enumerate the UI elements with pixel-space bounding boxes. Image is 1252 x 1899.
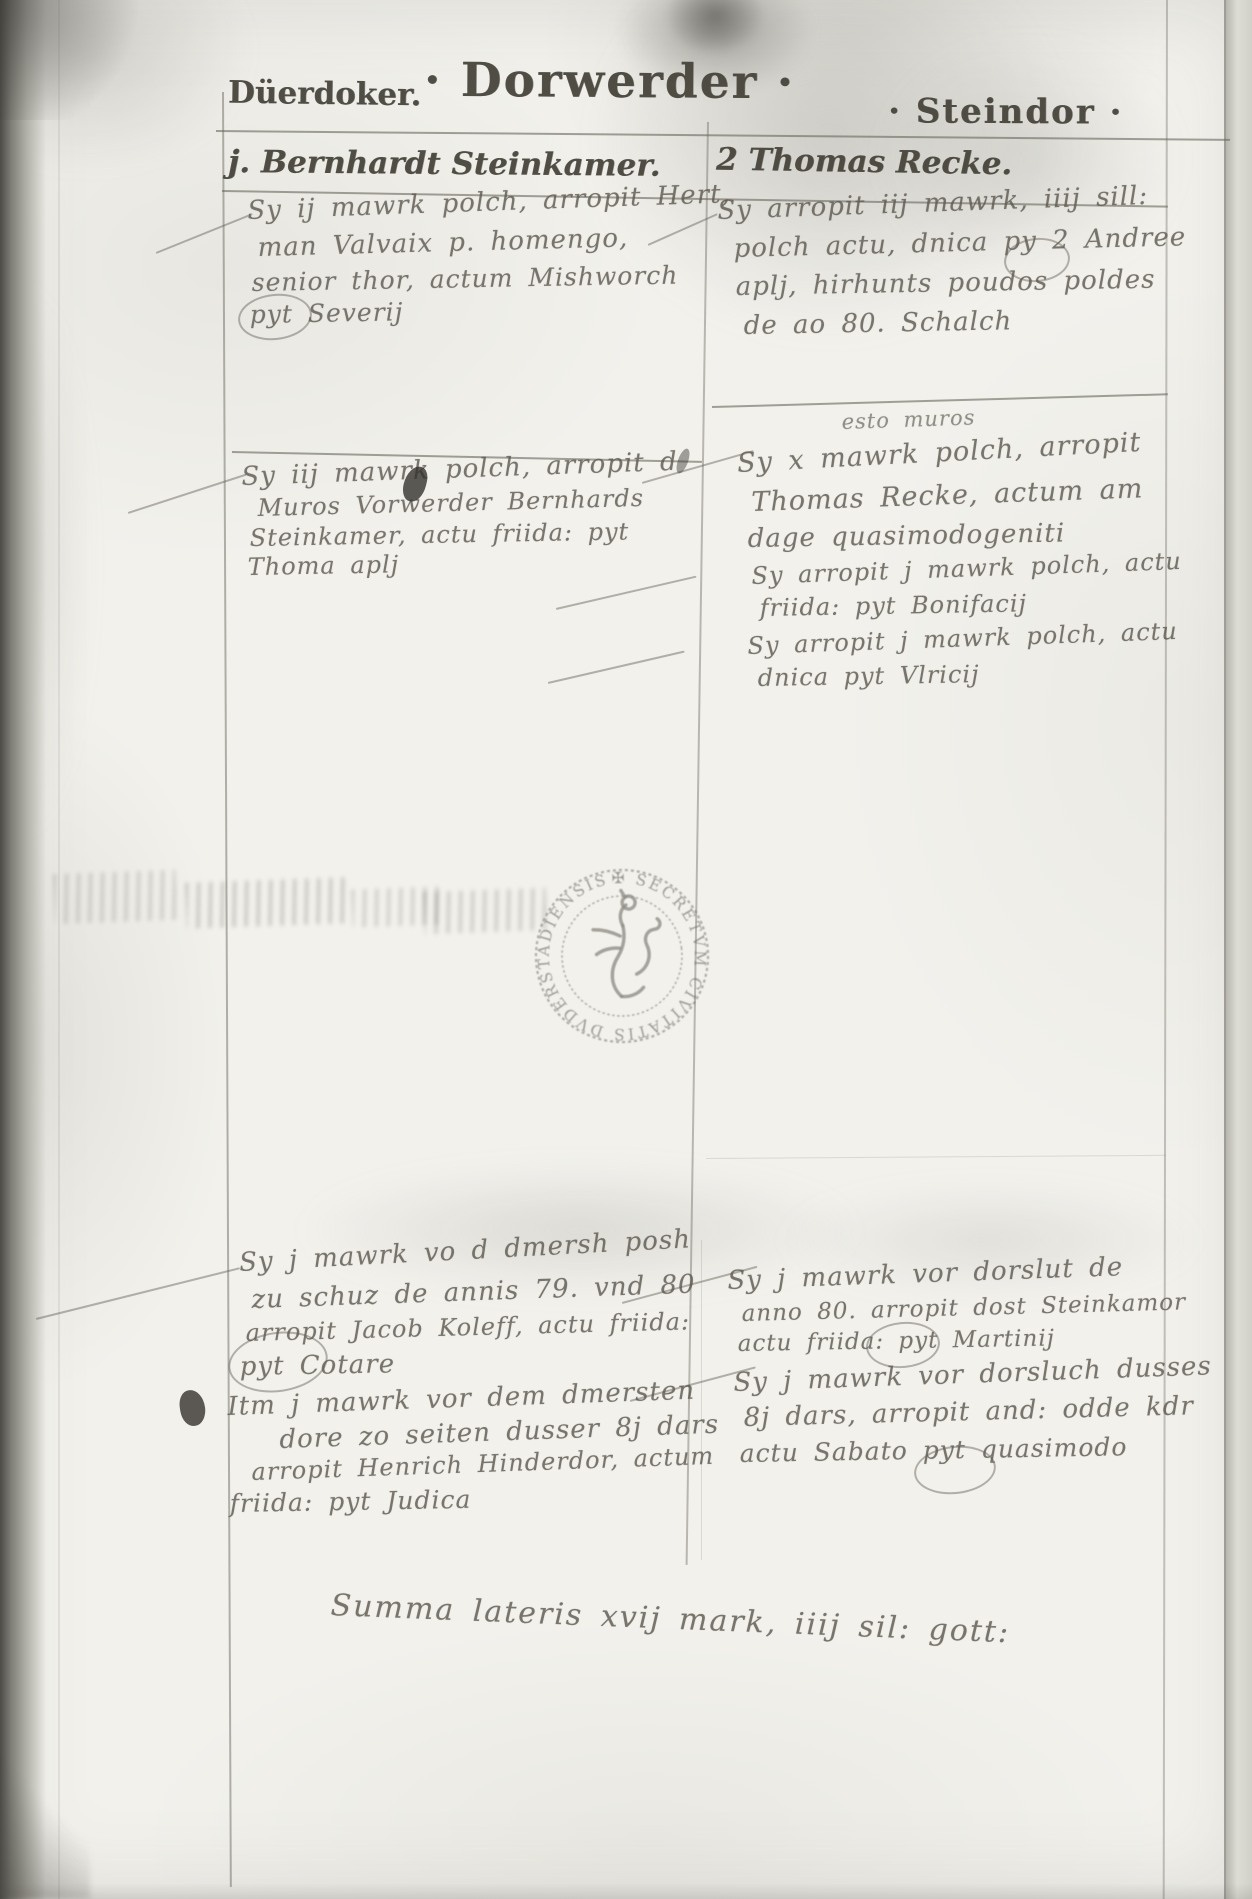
section-title-right: 2 Thomas Recke. (716, 142, 1013, 183)
manuscript-page: Düerdoker. · Dorwerder · · Steindor · j.… (0, 0, 1252, 1899)
seal-ring-text: ✠ SECRETVM CIVITATIS DVDERSTADIENSIS (523, 857, 720, 1054)
seal-outer-ring (525, 859, 719, 1053)
paper-crease (58, 0, 60, 1899)
book-gutter-edge (0, 0, 46, 1899)
column-divider-line-double (701, 1240, 702, 1560)
corner-fold-shadow (0, 1750, 90, 1899)
page-edge-bottom (0, 1883, 1252, 1899)
entry-line: dage quasimodogeniti (747, 518, 1065, 554)
page-edge-right (1224, 0, 1252, 1899)
ghost-bleedthrough (53, 870, 177, 924)
entry-line: de ao 80. Schalch (743, 306, 1012, 341)
seal-lion-rampant-icon (588, 886, 669, 1000)
header-right: · Steindor · (888, 91, 1123, 132)
entry-note: esto muros (841, 405, 976, 434)
svg-text:✠ SECRETVM CIVITATIS DVDERSTAD: ✠ SECRETVM CIVITATIS DVDERSTADIENSIS (523, 857, 720, 1054)
entry-line: friida: pyt Bonifacij (760, 589, 1028, 622)
entry-line: dnica pyt Vlricij (758, 660, 980, 692)
ghost-bleedthrough (185, 877, 349, 929)
header-left: Düerdoker. (228, 75, 422, 114)
city-seal: ✠ SECRETVM CIVITATIS DVDERSTADIENSIS (518, 852, 726, 1060)
entry-line: friida: pyt Judica (229, 1485, 471, 1518)
section-title-left: j. Bernhardt Steinkamer. (228, 144, 661, 184)
header-center: · Dorwerder · (424, 53, 795, 111)
gutter-corner-shadow (0, 0, 160, 120)
entry-line: Thoma aplj (248, 550, 400, 581)
